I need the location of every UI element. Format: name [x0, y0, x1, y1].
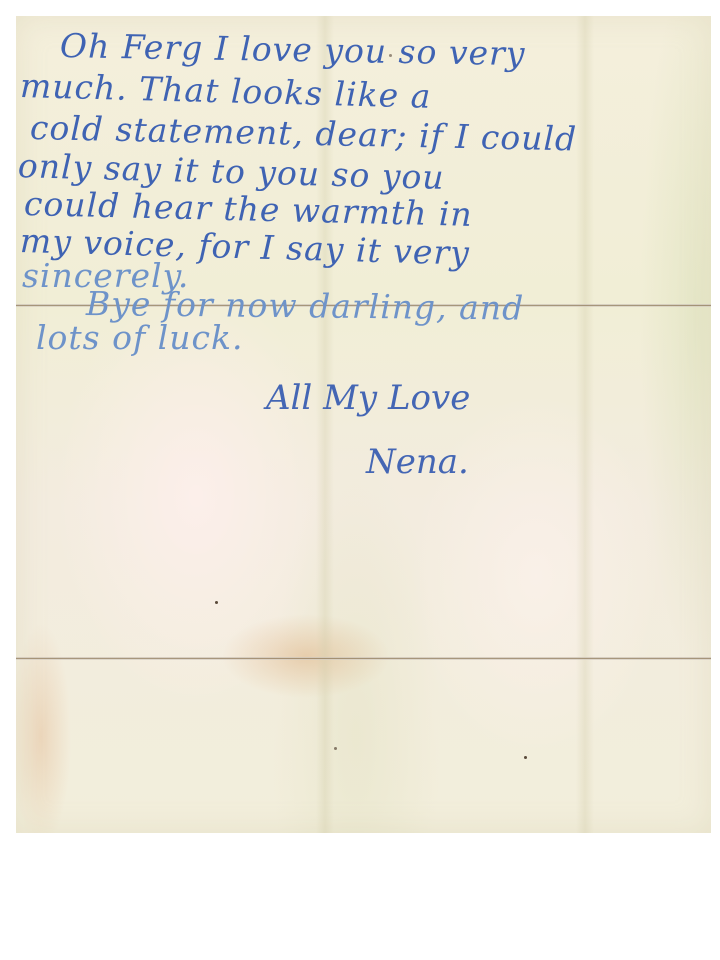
closing-text: All My Love [266, 378, 470, 418]
letter-body: Oh Ferg I love you so very much. That lo… [16, 16, 711, 833]
letter-line-9: lots of luck. [36, 318, 243, 357]
paper-speck [524, 756, 527, 759]
paper-speck [215, 601, 218, 604]
letter-paper: Oh Ferg I love you so very much. That lo… [16, 16, 711, 833]
letter-line-1: Oh Ferg I love you so very [60, 26, 526, 73]
paper-speck [334, 747, 337, 750]
signature: Nena. [366, 442, 469, 482]
paper-speck [389, 54, 392, 57]
